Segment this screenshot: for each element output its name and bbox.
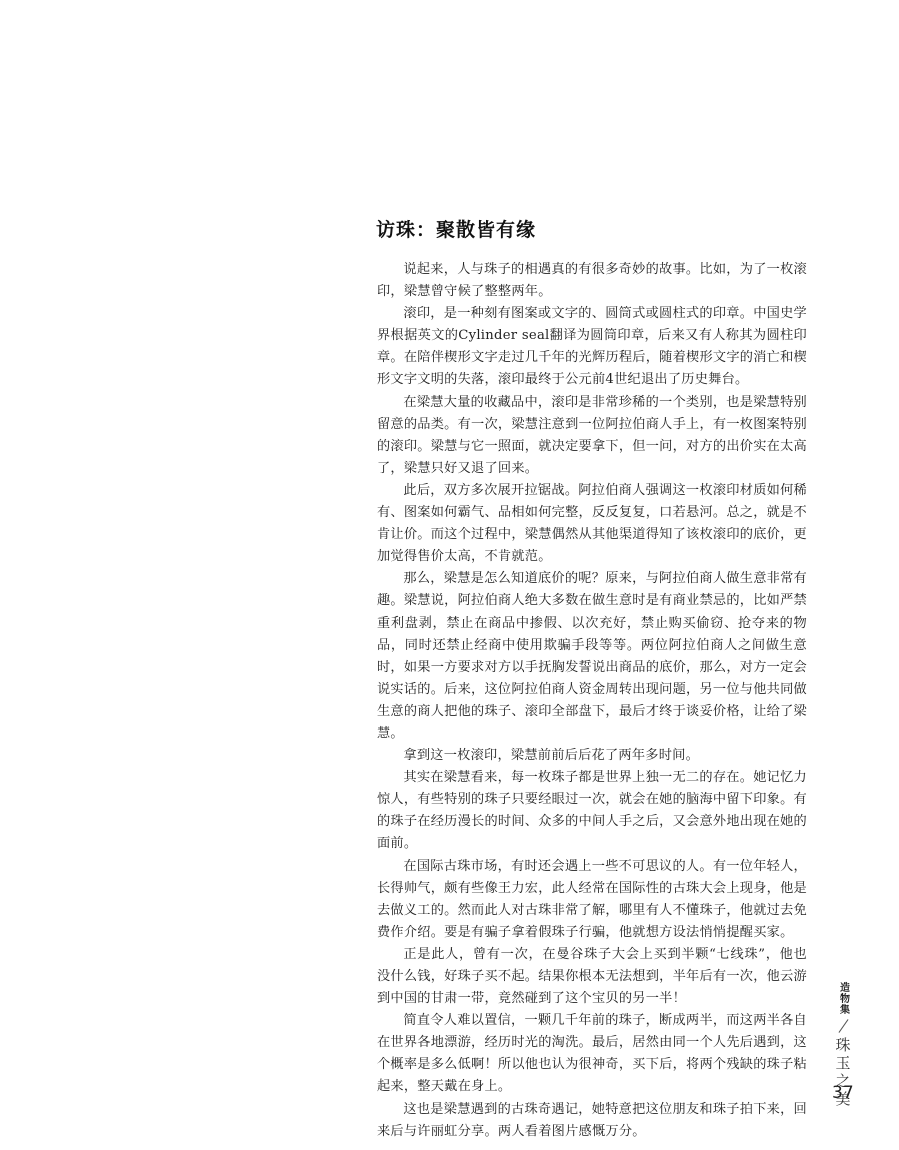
paragraph: 拿到这一枚滚印，梁慧前前后后花了两年多时间。 [377,745,807,767]
paragraph: 在梁慧大量的收藏品中，滚印是非常珍稀的一个类别，也是梁慧特别留意的品类。有一次，… [377,392,807,480]
paragraph: 说起来，人与珠子的相遇真的有很多奇妙的故事。比如，为了一枚滚印，梁慧曾守候了整整… [377,259,807,303]
page-number: 37 [832,1083,854,1103]
paragraph: 此后，双方多次展开拉锯战。阿拉伯商人强调这一枚滚印材质如何稀有、图案如何霸气、品… [377,480,807,568]
article-title: 访珠：聚散皆有缘 [376,215,536,242]
paragraph: 简直令人难以置信，一颗几千年前的珠子，断成两半，而这两半各自在世界各地漂游，经历… [377,1010,807,1098]
paragraph: 那么，梁慧是怎么知道底价的呢？原来，与阿拉伯商人做生意非常有趣。梁慧说，阿拉伯商… [377,568,807,745]
paragraph: 其实在梁慧看来，每一枚珠子都是世界上独一无二的存在。她记忆力惊人，有些特别的珠子… [377,767,807,855]
paragraph: 滚印，是一种刻有图案或文字的、圆筒式或圆柱式的印章。中国史学界根据英文的Cyli… [377,303,807,391]
paragraph: 这也是梁慧遇到的古珠奇遇记，她特意把这位朋友和珠子拍下来，回来后与许丽虹分享。两… [377,1099,807,1143]
divider-slash [838,1019,848,1033]
paragraph: 在国际古珠市场，有时还会遇上一些不可思议的人。有一位年轻人，长得帅气，颇有些像王… [377,856,807,944]
paragraph: 正是此人，曾有一次，在曼谷珠子大会上买到半颗“七线珠”，他也没什么钱，好珠子买不… [377,944,807,1010]
article-body: 说起来，人与珠子的相遇真的有很多奇妙的故事。比如，为了一枚滚印，梁慧曾守候了整整… [377,259,807,1143]
magazine-name: 造物集 [836,982,851,1015]
